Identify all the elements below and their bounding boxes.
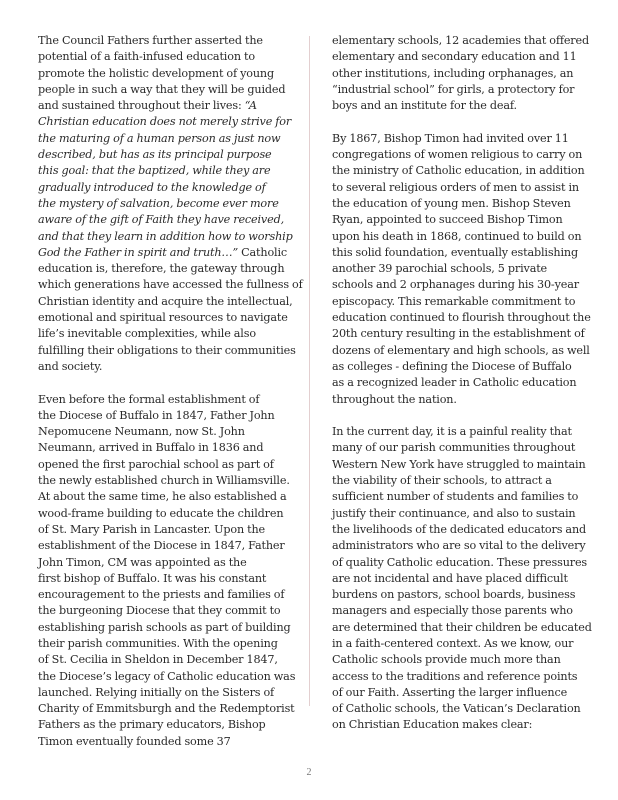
text-line: throughout the nation. <box>332 392 598 408</box>
text-line: By 1867, Bishop Timon had invited over 1… <box>332 131 598 147</box>
text-line: elementary and secondary education and 1… <box>332 49 598 65</box>
text-line: “industrial school” for girls, a protect… <box>332 82 598 98</box>
text-line: of our Faith. Asserting the larger influ… <box>332 685 598 701</box>
text-line: the ministry of Catholic education, in a… <box>332 163 598 179</box>
text-line: At about the same time, he also establis… <box>38 489 308 505</box>
paragraph-schools-founded: elementary schools, 12 academies that of… <box>332 33 598 114</box>
text-line: on Christian Education makes clear: <box>332 717 598 733</box>
right-column: elementary schools, 12 academies that of… <box>332 33 598 750</box>
text-line: upon his death in 1868, continued to bui… <box>332 229 598 245</box>
text-segment: Catholic <box>238 246 287 259</box>
paragraph-current-day: In the current day, it is a painful real… <box>332 424 598 734</box>
text-line: Christian identity and acquire the intel… <box>38 294 308 310</box>
quote-line: this goal: that the baptized, while they… <box>38 163 308 179</box>
text-line: administrators who are so vital to the d… <box>332 538 598 554</box>
paragraph-bishop-timon: By 1867, Bishop Timon had invited over 1… <box>332 131 598 408</box>
text-line: sufficient number of students and famili… <box>332 489 598 505</box>
text-line: congregations of women religious to carr… <box>332 147 598 163</box>
paragraph-diocese-history: Even before the formal establishment of … <box>38 392 308 751</box>
text-line: and society. <box>38 359 308 375</box>
text-line: many of our parish communities throughou… <box>332 440 598 456</box>
text-line: potential of a faith-infused education t… <box>38 49 308 65</box>
text-line: another 39 parochial schools, 5 private <box>332 261 598 277</box>
text-line: God the Father in spirit and truth…” Cat… <box>38 245 308 261</box>
quote-line: gradually introduced to the knowledge of <box>38 180 308 196</box>
text-line: first bishop of Buffalo. It was his cons… <box>38 571 308 587</box>
text-line: establishment of the Diocese in 1847, Fa… <box>38 538 308 554</box>
text-line: justify their continuance, and also to s… <box>332 506 598 522</box>
text-line: Nepomucene Neumann, now St. John <box>38 424 308 440</box>
text-line: to several religious orders of men to as… <box>332 180 598 196</box>
text-line: education continued to flourish througho… <box>332 310 598 326</box>
text-line: and sustained throughout their lives: “A <box>38 98 308 114</box>
text-line: the Diocese of Buffalo in 1847, Father J… <box>38 408 308 424</box>
text-line: episcopacy. This remarkable commitment t… <box>332 294 598 310</box>
text-line: elementary schools, 12 academies that of… <box>332 33 598 49</box>
document-page: The Council Fathers further asserted the… <box>0 0 618 800</box>
text-line: John Timon, CM was appointed as the <box>38 555 308 571</box>
paragraph-council-fathers: The Council Fathers further asserted the… <box>38 33 308 375</box>
text-line: Neumann, arrived in Buffalo in 1836 and <box>38 440 308 456</box>
text-line: education is, therefore, the gateway thr… <box>38 261 308 277</box>
text-line: access to the traditions and reference p… <box>332 669 598 685</box>
text-line: are determined that their children be ed… <box>332 620 598 636</box>
text-line: life’s inevitable complexities, while al… <box>38 326 308 342</box>
text-line: are not incidental and have placed diffi… <box>332 571 598 587</box>
quote-end: God the Father in spirit and truth…” <box>38 246 238 259</box>
text-line: encouragement to the priests and familie… <box>38 587 308 603</box>
text-line: boys and an institute for the deaf. <box>332 98 598 114</box>
text-line: schools and 2 orphanages during his 30-y… <box>332 277 598 293</box>
text-line: Even before the formal establishment of <box>38 392 308 408</box>
text-line: of Catholic schools, the Vatican’s Decla… <box>332 701 598 717</box>
text-line: the livelihoods of the dedicated educato… <box>332 522 598 538</box>
column-divider <box>309 36 310 706</box>
text-line: opened the first parochial school as par… <box>38 457 308 473</box>
left-column: The Council Fathers further asserted the… <box>38 33 308 766</box>
text-line: of quality Catholic education. These pre… <box>332 555 598 571</box>
text-line: promote the holistic development of youn… <box>38 66 308 82</box>
quote-line: and that they learn in addition how to w… <box>38 229 308 245</box>
text-line: the Diocese’s legacy of Catholic educati… <box>38 669 308 685</box>
text-line: burdens on pastors, school boards, busin… <box>332 587 598 603</box>
quote-line: Christian education does not merely stri… <box>38 114 308 130</box>
text-line: other institutions, including orphanages… <box>332 66 598 82</box>
text-line: The Council Fathers further asserted the <box>38 33 308 49</box>
text-line: Fathers as the primary educators, Bishop <box>38 717 308 733</box>
text-line: Western New York have struggled to maint… <box>332 457 598 473</box>
text-line: this solid foundation, eventually establ… <box>332 245 598 261</box>
text-line: Timon eventually founded some 37 <box>38 734 308 750</box>
text-line: which generations have accessed the full… <box>38 277 308 293</box>
text-line: of St. Cecilia in Sheldon in December 18… <box>38 652 308 668</box>
text-line: their parish communities. With the openi… <box>38 636 308 652</box>
text-line: Ryan, appointed to succeed Bishop Timon <box>332 212 598 228</box>
text-segment: and sustained throughout their lives: <box>38 99 245 112</box>
text-line: 20th century resulting in the establishm… <box>332 326 598 342</box>
text-line: Catholic schools provide much more than <box>332 652 598 668</box>
quote-open: “A <box>245 99 257 112</box>
text-line: in a faith-centered context. As we know,… <box>332 636 598 652</box>
text-line: as a recognized leader in Catholic educa… <box>332 375 598 391</box>
text-line: of St. Mary Parish in Lancaster. Upon th… <box>38 522 308 538</box>
text-line: In the current day, it is a painful real… <box>332 424 598 440</box>
text-line: establishing parish schools as part of b… <box>38 620 308 636</box>
text-line: wood-frame building to educate the child… <box>38 506 308 522</box>
text-line: the newly established church in Williams… <box>38 473 308 489</box>
text-line: as colleges - defining the Diocese of Bu… <box>332 359 598 375</box>
quote-line: described, but has as its principal purp… <box>38 147 308 163</box>
text-line: fulfilling their obligations to their co… <box>38 343 308 359</box>
quote-line: the mystery of salvation, become ever mo… <box>38 196 308 212</box>
page-number: 2 <box>0 767 618 778</box>
text-line: dozens of elementary and high schools, a… <box>332 343 598 359</box>
text-line: launched. Relying initially on the Siste… <box>38 685 308 701</box>
text-line: managers and especially those parents wh… <box>332 603 598 619</box>
text-line: people in such a way that they will be g… <box>38 82 308 98</box>
text-line: the burgeoning Diocese that they commit … <box>38 603 308 619</box>
text-line: the viability of their schools, to attra… <box>332 473 598 489</box>
text-line: the education of young men. Bishop Steve… <box>332 196 598 212</box>
quote-line: aware of the gift of Faith they have rec… <box>38 212 308 228</box>
text-line: Charity of Emmitsburgh and the Redemptor… <box>38 701 308 717</box>
text-line: emotional and spiritual resources to nav… <box>38 310 308 326</box>
quote-line: the maturing of a human person as just n… <box>38 131 308 147</box>
